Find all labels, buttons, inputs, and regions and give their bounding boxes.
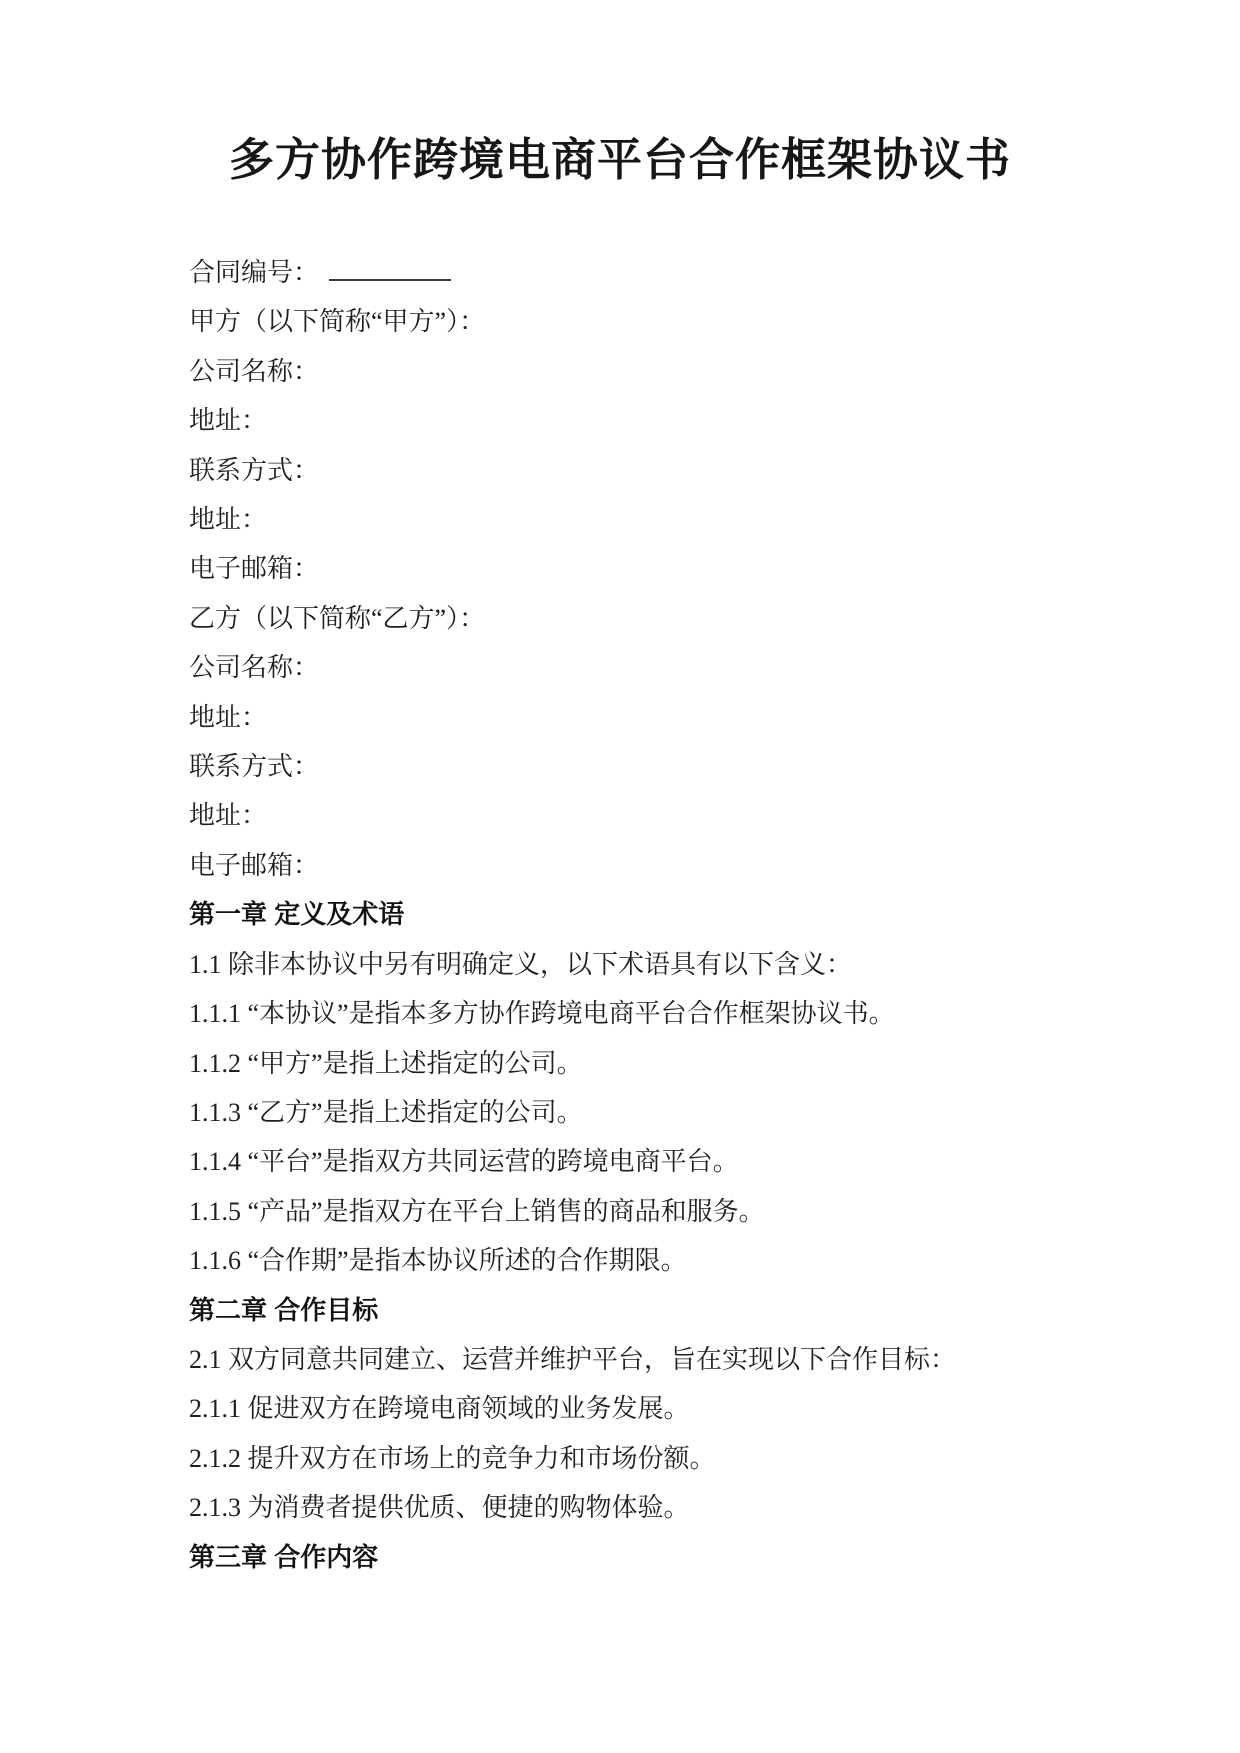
paragraph-line: 1.1.3 “乙方”是指上述指定的公司。: [189, 1088, 1100, 1137]
chapter-heading: 第三章 合作内容: [189, 1533, 1100, 1582]
paragraph-line: 1.1.4 “平台”是指双方共同运营的跨境电商平台。: [189, 1137, 1100, 1186]
paragraph-line: 公司名称：: [189, 347, 1100, 396]
paragraph-line: 甲方（以下简称“甲方”）：: [189, 297, 1100, 346]
paragraph-line: 地址：: [189, 791, 1100, 840]
paragraph-line: 2.1.2 提升双方在市场上的竞争力和市场份额。: [189, 1434, 1100, 1483]
contract-number-label: 合同编号：: [189, 258, 319, 287]
contract-number-blank: [329, 253, 451, 281]
paragraph-line: 地址：: [189, 693, 1100, 742]
paragraph-line: 电子邮箱：: [189, 841, 1100, 890]
paragraph-line: 2.1 双方同意共同建立、运营并维护平台，旨在实现以下合作目标：: [189, 1335, 1100, 1384]
paragraph-line: 公司名称：: [189, 643, 1100, 692]
paragraph-line: 地址：: [189, 396, 1100, 445]
contract-number-line: 合同编号：: [189, 248, 1100, 297]
paragraph-line: 联系方式：: [189, 742, 1100, 791]
paragraph-line: 电子邮箱：: [189, 544, 1100, 593]
paragraph-line: 1.1.1 “本协议”是指本多方协作跨境电商平台合作框架协议书。: [189, 989, 1100, 1038]
document-body: 合同编号： 甲方（以下简称“甲方”）：公司名称：地址：联系方式：地址：电子邮箱：…: [0, 248, 1240, 1582]
paragraph-line: 2.1.3 为消费者提供优质、便捷的购物体验。: [189, 1483, 1100, 1532]
document-title: 多方协作跨境电商平台合作框架协议书: [0, 0, 1240, 188]
paragraph-line: 联系方式：: [189, 446, 1100, 495]
document-page: 多方协作跨境电商平台合作框架协议书 合同编号： 甲方（以下简称“甲方”）：公司名…: [0, 0, 1240, 1753]
paragraph-line: 2.1.1 促进双方在跨境电商领域的业务发展。: [189, 1384, 1100, 1433]
paragraph-list: 甲方（以下简称“甲方”）：公司名称：地址：联系方式：地址：电子邮箱：乙方（以下简…: [189, 297, 1100, 1582]
paragraph-line: 乙方（以下简称“乙方”）：: [189, 594, 1100, 643]
paragraph-line: 1.1 除非本协议中另有明确定义，以下术语具有以下含义：: [189, 940, 1100, 989]
paragraph-line: 1.1.5 “产品”是指双方在平台上销售的商品和服务。: [189, 1187, 1100, 1236]
chapter-heading: 第一章 定义及术语: [189, 890, 1100, 939]
paragraph-line: 1.1.6 “合作期”是指本协议所述的合作期限。: [189, 1236, 1100, 1285]
chapter-heading: 第二章 合作目标: [189, 1286, 1100, 1335]
paragraph-line: 地址：: [189, 495, 1100, 544]
paragraph-line: 1.1.2 “甲方”是指上述指定的公司。: [189, 1039, 1100, 1088]
